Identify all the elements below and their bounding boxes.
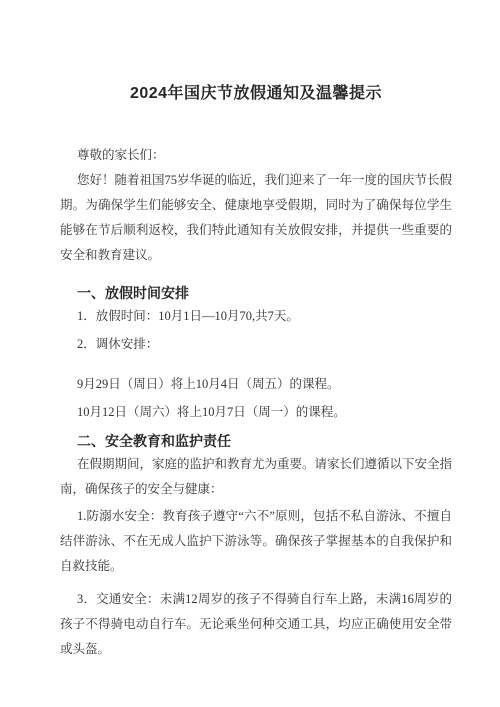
document-page: 2024年国庆节放假通知及温馨提示 尊敬的家长们： 您好！随着祖国75岁华诞的临… <box>0 0 500 707</box>
drowning-safety-paragraph: 1.防溺水安全：教育孩子遵守“六不”原则，包括不私自游泳、不擅自结伴游泳、不在无… <box>60 504 452 579</box>
document-title: 2024年国庆节放假通知及温馨提示 <box>60 84 452 104</box>
swap-line-1: 9月29日（周日）将上10月4日（周五）的课程。 <box>60 372 452 397</box>
section-1-heading: 一、放假时间安排 <box>60 282 452 304</box>
supervision-paragraph: 在假期期间，家庭的监护和教育尤为重要。请家长们遵循以下安全指南，确保孩子的安全与… <box>60 452 452 502</box>
traffic-safety-paragraph: 3．交通安全：未满12周岁的孩子不得骑自行车上路，未满16周岁的孩子不得骑电动自… <box>60 587 452 662</box>
salutation: 尊敬的家长们： <box>60 143 452 168</box>
swap-line-2: 10月12日（周六）将上10月7日（周一）的课程。 <box>60 400 452 425</box>
intro-paragraph: 您好！随着祖国75岁华诞的临近，我们迎来了一年一度的国庆节长假期。为确保学生们能… <box>60 168 452 268</box>
swap-arrangement-item: 2．调休安排： <box>60 332 452 357</box>
holiday-time-item: 1．放假时间：10月1日—10月70,共7天。 <box>60 304 452 329</box>
section-2-heading: 二、安全教育和监护责任 <box>60 430 452 452</box>
